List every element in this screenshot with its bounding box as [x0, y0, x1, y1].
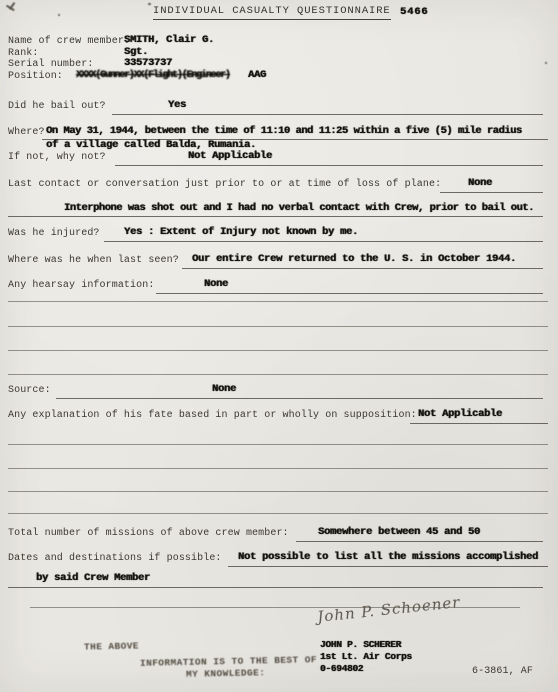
blank-ruled-line: [8, 374, 548, 375]
hearsay-answer: None: [204, 279, 228, 290]
signer-name: JOHN P. SCHERER: [320, 639, 401, 650]
answer-line: [440, 192, 543, 193]
last-seen-label: Where was he when last seen?: [8, 255, 179, 266]
bail-out-label: Did he bail out?: [8, 101, 106, 112]
casualty-questionnaire-document: INDIVIDUAL CASUALTY QUESTIONNAIRE 5466 N…: [0, 0, 558, 692]
answer-line: [410, 423, 548, 424]
blank-ruled-line: [8, 301, 548, 302]
explanation-answer: Not Applicable: [418, 409, 502, 420]
scan-speck: [58, 14, 60, 16]
blank-ruled-line: [8, 491, 548, 492]
where-answer-line1: On May 31, 1944, between the time of 11:…: [46, 126, 522, 137]
answer-line: [8, 216, 543, 217]
serial-label: Serial number:: [8, 59, 93, 70]
answer-line: [104, 241, 543, 242]
last-seen-answer: Our entire Crew returned to the U. S. in…: [192, 254, 516, 265]
scan-speck: [545, 62, 547, 64]
if-not-label: If not, why not?: [8, 152, 106, 163]
answer-line: [296, 541, 543, 542]
answer-line: [56, 398, 543, 399]
certification-stamp-line2: INFORMATION IS TO THE BEST OF: [140, 654, 317, 669]
last-contact-label: Last contact or conversation just prior …: [8, 179, 441, 190]
blank-ruled-line: [8, 444, 548, 445]
dates-answer-line1: Not possible to list all the missions ac…: [238, 552, 538, 563]
dates-answer-line2: by said Crew Member: [36, 573, 150, 584]
name-value: SMITH, Clair G.: [124, 35, 214, 46]
last-contact-answer: None: [468, 178, 492, 189]
blank-ruled-line: [8, 468, 548, 469]
blank-ruled-line: [8, 326, 548, 327]
missions-label: Total number of missions of above crew m…: [8, 528, 289, 539]
certification-stamp-line3: MY KNOWLEDGE:: [186, 667, 266, 680]
where-label: Where?: [8, 127, 45, 138]
source-label: Source:: [8, 385, 51, 396]
certification-stamp-line1: THE ABOVE: [84, 640, 139, 652]
name-label: Name of crew member:: [8, 36, 130, 47]
position-struck-value: XXXX(Gunner)XX(Flight)(Engineer): [76, 70, 230, 81]
explanation-label: Any explanation of his fate based in par…: [8, 410, 417, 421]
last-contact-continuation: Interphone was shot out and I had no ver…: [64, 203, 534, 214]
page-number-stamp: 5466: [400, 7, 428, 18]
blank-ruled-line: [8, 513, 548, 514]
injured-answer: Yes : Extent of Injury not known by me.: [124, 227, 358, 238]
rank-label: Rank:: [8, 48, 39, 59]
position-value: AAG: [248, 70, 266, 81]
answer-line: [8, 587, 543, 588]
answer-line: [182, 268, 543, 269]
signer-serial: 0-694802: [320, 663, 363, 674]
answer-line: [112, 114, 543, 115]
signer-rank: 1st Lt. Air Corps: [320, 651, 412, 662]
serial-value: 33573737: [124, 58, 172, 69]
if-not-answer: Not Applicable: [188, 151, 272, 162]
form-code: 6-3861, AF: [472, 666, 533, 677]
page-title: INDIVIDUAL CASUALTY QUESTIONNAIRE: [153, 6, 391, 20]
missions-answer: Somewhere between 45 and 50: [318, 527, 480, 538]
injured-label: Was he injured?: [8, 228, 100, 239]
bail-out-answer: Yes: [168, 100, 186, 111]
position-label: Position:: [8, 71, 63, 82]
answer-line: [228, 566, 548, 567]
source-answer: None: [212, 384, 236, 395]
answer-line: [115, 165, 543, 166]
hearsay-label: Any hearsay information:: [8, 280, 154, 291]
answer-line: [156, 293, 543, 294]
signature-handwritten: John P. Schoener: [317, 597, 461, 623]
dates-label: Dates and destinations if possible:: [8, 553, 222, 564]
blank-ruled-line: [8, 350, 548, 351]
scan-speck: [148, 3, 151, 5]
